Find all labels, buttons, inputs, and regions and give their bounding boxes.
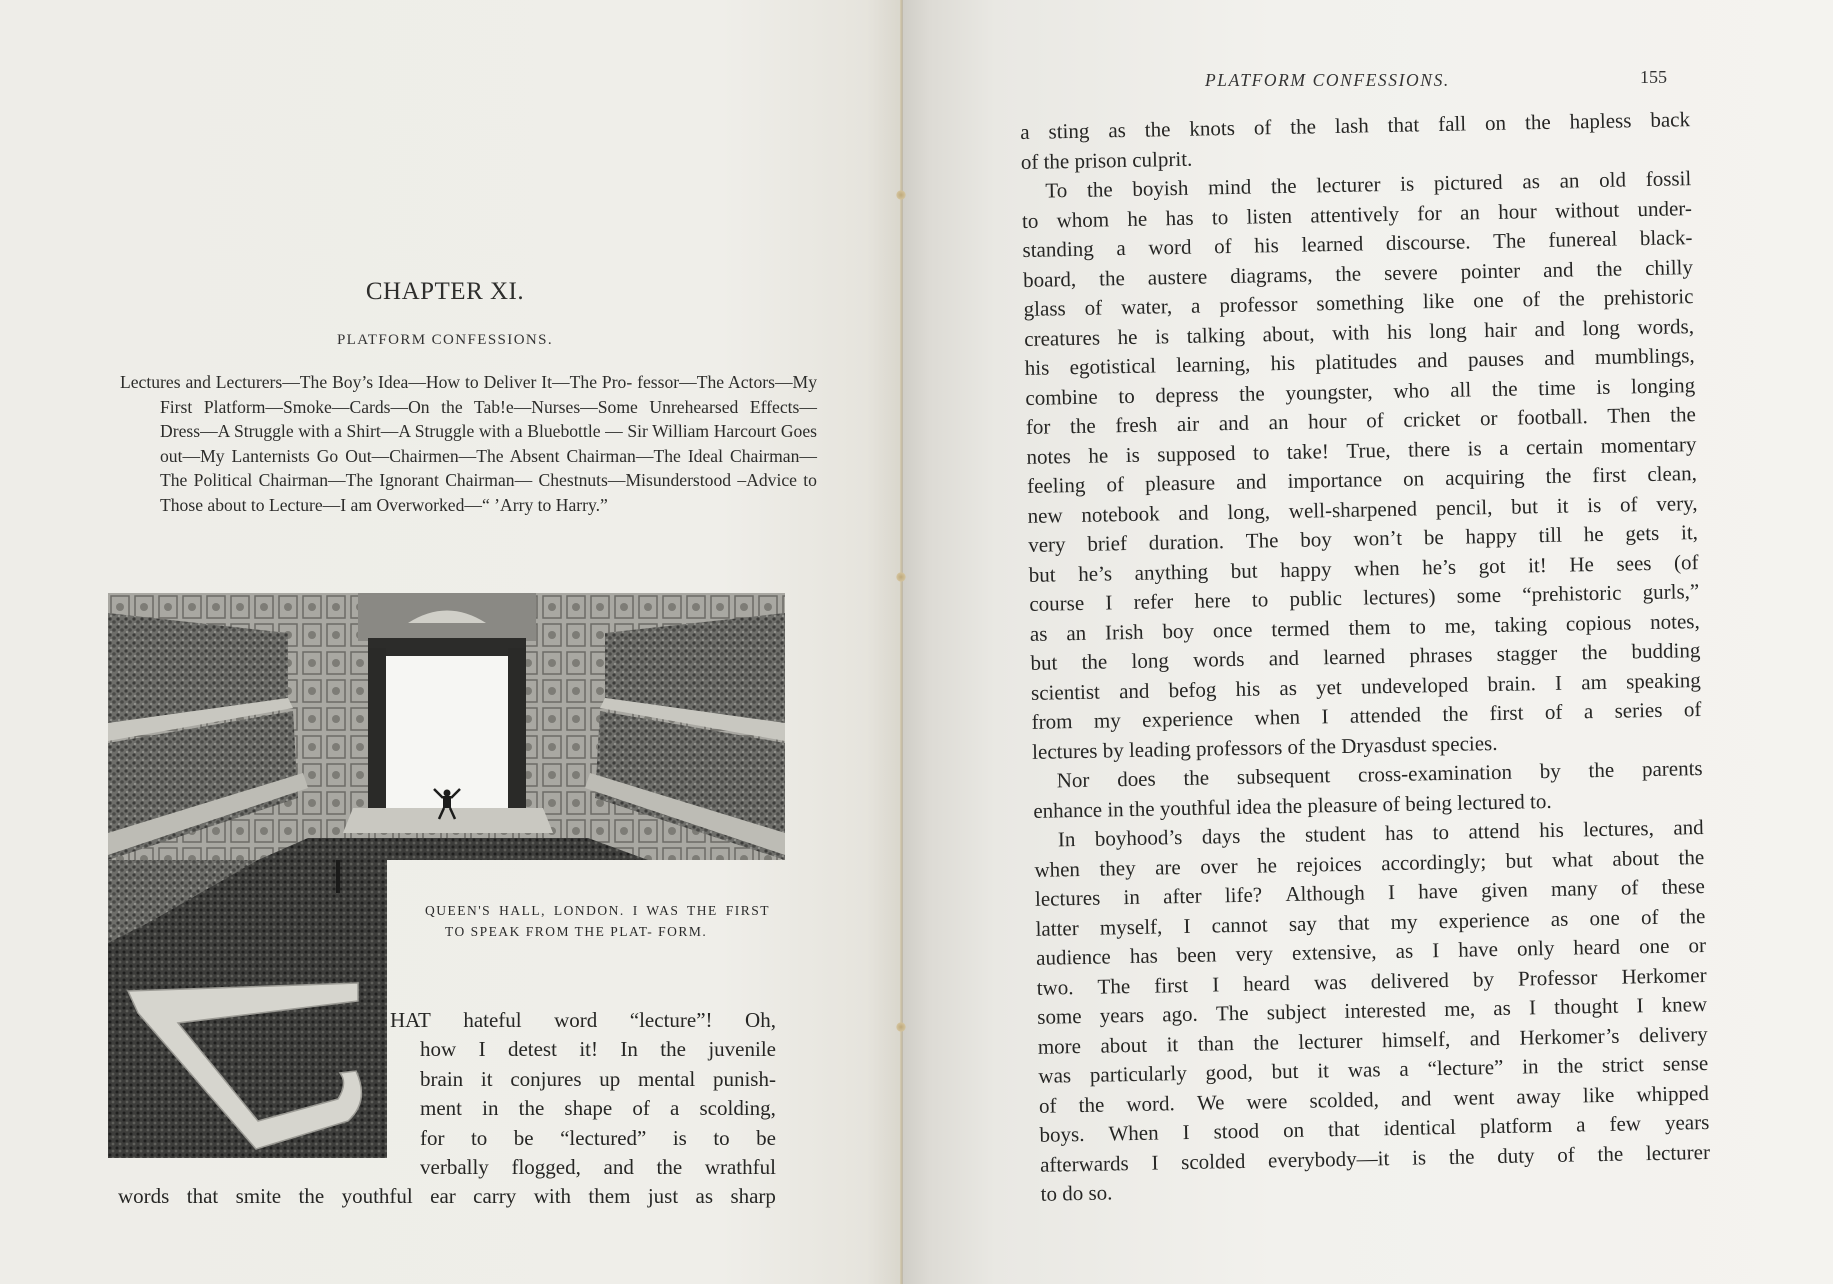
word: the [1239, 379, 1265, 409]
word: he [1088, 441, 1108, 471]
word: speaking [1626, 666, 1701, 697]
word: has [1130, 942, 1159, 972]
word: words [118, 1182, 169, 1211]
word: in [1522, 1052, 1539, 1082]
word: two. [1036, 973, 1073, 1003]
word: In [620, 1035, 638, 1064]
word: taking [1494, 609, 1547, 640]
word: attentively [1310, 199, 1399, 230]
word: of [1545, 698, 1563, 728]
word: lectures, [1583, 814, 1654, 845]
word: of [1366, 406, 1384, 436]
word: about, [1262, 319, 1314, 349]
word: is [1467, 434, 1482, 464]
word: heard [1243, 968, 1290, 998]
word: without [1555, 195, 1620, 226]
word: it! [1528, 550, 1547, 580]
word: but [1230, 556, 1257, 586]
word: heard [1573, 933, 1620, 963]
word: the [1557, 1051, 1583, 1081]
word: interested [1344, 995, 1426, 1026]
word: fossil [1645, 164, 1691, 194]
word: myself, [1100, 912, 1163, 943]
word: wrathful [705, 1153, 776, 1182]
word: I [1529, 993, 1537, 1023]
word: When [1108, 1119, 1159, 1149]
word: a [1584, 697, 1594, 727]
word: me, [1444, 611, 1475, 641]
word: notebook [1081, 499, 1160, 530]
word: the [1260, 821, 1286, 851]
word: it! [579, 1035, 598, 1064]
word: the [1545, 461, 1571, 491]
word: certain [1526, 432, 1584, 463]
word: of [1641, 902, 1659, 932]
word: lectures) [1363, 582, 1436, 613]
word: went [1453, 1083, 1494, 1113]
word: boy [1162, 616, 1194, 646]
word: budding [1631, 636, 1700, 667]
word: gurls,” [1642, 577, 1699, 608]
word: was [1348, 1055, 1381, 1085]
word: subject [1267, 997, 1327, 1028]
word: is [1125, 440, 1140, 470]
word: was [1314, 967, 1347, 997]
word: severe [1384, 258, 1438, 289]
word: refer [1133, 587, 1173, 617]
word: afterwards [1040, 1149, 1129, 1180]
word: the [1290, 112, 1316, 142]
word: as [1395, 937, 1413, 967]
word: befog [1168, 675, 1216, 705]
word: austere [1148, 262, 1208, 293]
word: To [1045, 176, 1067, 206]
word: be [756, 1124, 776, 1153]
word: what [1552, 845, 1593, 875]
word: whipped [1636, 1078, 1709, 1109]
word: and [1543, 255, 1574, 285]
word: is [673, 1124, 687, 1153]
chapter-title: CHAPTER XI. [290, 278, 600, 306]
word: away [1516, 1081, 1561, 1111]
word: the [1081, 647, 1107, 677]
word: to [1432, 818, 1449, 848]
word: under- [1637, 194, 1692, 225]
word: duration. [1148, 527, 1224, 558]
word: boyish [1132, 174, 1189, 205]
word: that [1328, 1115, 1360, 1145]
word: The [1245, 526, 1278, 556]
word: Oh, [745, 1006, 776, 1035]
word: lecturer [1646, 1137, 1711, 1168]
word: but [1028, 560, 1055, 590]
word: pointer [1460, 256, 1520, 287]
word: back [1650, 105, 1690, 135]
word: like [1423, 287, 1455, 317]
word: the [1442, 700, 1468, 730]
word: identical [1383, 1113, 1456, 1144]
word: football. [1517, 402, 1588, 433]
word: whom [1056, 205, 1109, 236]
word: he [1117, 322, 1137, 352]
word: prehistoric [1603, 282, 1693, 313]
word: of [1106, 470, 1124, 500]
word: everybody—it [1268, 1144, 1390, 1176]
word: yet [1316, 672, 1342, 702]
word: Herkomer’s [1519, 1021, 1619, 1052]
word: as [1279, 673, 1297, 703]
word: he’s [1422, 552, 1456, 582]
word: stood [1213, 1117, 1259, 1147]
word: he [1583, 520, 1603, 550]
word: won’t [1353, 524, 1402, 554]
word: one [1473, 286, 1504, 316]
word: as [696, 1182, 714, 1211]
word: series [1614, 696, 1662, 726]
word: say [1289, 909, 1318, 939]
word: water, [1121, 292, 1173, 322]
word: boy [1300, 525, 1332, 555]
body-line: brainitconjuresupmentalpunish- [118, 1065, 776, 1094]
word: sees [1616, 548, 1652, 578]
word: old [1599, 165, 1626, 195]
word: on [1283, 1116, 1305, 1146]
word: “prehistoric [1522, 579, 1622, 610]
word: over [1200, 851, 1238, 881]
word: is [1596, 372, 1611, 402]
word: board, [1023, 264, 1077, 295]
word: the [1145, 115, 1171, 145]
word: the [1525, 108, 1551, 138]
word: knew [1661, 990, 1707, 1020]
word: but [1505, 846, 1532, 876]
word: them [588, 1182, 630, 1211]
word: scolded, [1309, 1085, 1379, 1116]
word: mumblings, [1595, 341, 1695, 372]
word: and [1401, 1084, 1432, 1114]
word: smite [236, 1182, 282, 1211]
word: scolded [1181, 1146, 1246, 1177]
word: and [1469, 1023, 1500, 1053]
word: lecturer [1316, 170, 1381, 201]
word: to [1212, 203, 1229, 233]
word: his [1387, 317, 1412, 347]
word: to [1022, 206, 1039, 236]
word: the [1581, 638, 1607, 668]
word: I [479, 1035, 486, 1064]
word: boys. [1039, 1120, 1084, 1150]
word: funereal [1548, 225, 1617, 256]
illustration-caption: QUEEN'S HALL, LONDON. I WAS THE FIRST TO… [425, 900, 770, 942]
word: on [1403, 464, 1425, 494]
word: phrases [1409, 640, 1473, 671]
word: latter [1035, 914, 1079, 944]
word: good, [1205, 1058, 1253, 1088]
word: detest [508, 1035, 557, 1064]
word: a [1020, 118, 1030, 148]
book-spread: CHAPTER XI. PLATFORM CONFESSIONS. Lectur… [0, 0, 1833, 1284]
word: lectures [1035, 884, 1101, 915]
word: carry [473, 1182, 516, 1211]
word: till [1538, 521, 1562, 551]
word: and [1417, 346, 1448, 376]
word: well-sharpened [1289, 494, 1418, 526]
word: Then [1607, 401, 1651, 431]
word: sharp [730, 1182, 776, 1211]
word: of [1620, 490, 1638, 520]
word: gets [1625, 519, 1659, 549]
word: Although [1285, 879, 1365, 910]
word: my [1390, 907, 1417, 937]
word: that [187, 1182, 219, 1211]
word: the [1596, 254, 1622, 284]
word: got [1478, 551, 1505, 581]
word: and [1673, 813, 1704, 843]
word: extensive, [1292, 937, 1377, 968]
word: parents [1642, 754, 1703, 785]
word: brief [1087, 529, 1127, 559]
word: with [534, 1182, 571, 1211]
word: hour [1498, 197, 1537, 227]
word: “lectured” [560, 1124, 646, 1153]
word: the [1492, 374, 1518, 404]
word: brain [420, 1065, 463, 1094]
word: scientist [1031, 677, 1100, 708]
word: like [1583, 1080, 1615, 1110]
word: of [1214, 232, 1232, 262]
word: and [1544, 343, 1575, 373]
word: undeveloped [1361, 670, 1469, 702]
word: are [1155, 853, 1181, 883]
word: delivered [1370, 965, 1449, 996]
word: first [1154, 970, 1188, 1000]
word: platitudes [1315, 347, 1397, 378]
word: here [1194, 586, 1231, 616]
binding-stitch [896, 190, 906, 200]
word: once [1213, 615, 1253, 645]
word: course [1029, 589, 1084, 620]
word: very, [1656, 489, 1698, 519]
word: the [657, 1153, 683, 1182]
word: as [1493, 994, 1511, 1024]
word: it [481, 1065, 493, 1094]
word: True, [1346, 435, 1391, 465]
page-number: 155 [1640, 67, 1667, 88]
word: air [1177, 410, 1200, 440]
word: (of [1674, 548, 1699, 578]
word: subsequent [1237, 761, 1331, 792]
word: combine [1025, 382, 1098, 413]
word: these [1661, 872, 1705, 902]
word: first [1489, 698, 1523, 728]
word: very [1028, 530, 1066, 560]
word: long [1429, 316, 1467, 346]
word: is [1412, 1143, 1427, 1173]
word: The [1097, 972, 1130, 1002]
word: about [1612, 843, 1659, 873]
word: experience [1438, 905, 1529, 936]
word: in [482, 1094, 498, 1123]
body-line: HAThatefulword“lecture”!Oh, [118, 1006, 776, 1035]
chapter-subtitle: PLATFORM CONFESSIONS. [290, 332, 600, 349]
word: “lecture” [1427, 1053, 1503, 1084]
word: all [1450, 375, 1472, 405]
word: an [1066, 618, 1086, 648]
word: and [1178, 498, 1209, 528]
word: with [1332, 318, 1370, 348]
word: I [1182, 1118, 1190, 1148]
word: who [1393, 376, 1430, 406]
word: duty [1497, 1141, 1535, 1171]
summary-line: Lectures and Lecturers—The Boy’s Idea—Ho… [120, 372, 632, 392]
word: depress [1155, 380, 1219, 411]
word: to [1409, 612, 1426, 642]
caption-line: QUEEN'S HALL, LONDON. I WAS THE [425, 903, 718, 918]
word: youngster, [1285, 377, 1373, 408]
word: sting [1048, 117, 1089, 147]
word: and [1119, 676, 1150, 706]
word: be [514, 1124, 534, 1153]
word: The [1216, 999, 1249, 1029]
word: that [1338, 908, 1370, 938]
word: shape [564, 1094, 612, 1123]
word: been [1177, 940, 1217, 970]
word: up [599, 1065, 620, 1094]
word: he [1257, 851, 1277, 881]
word: the [1679, 901, 1705, 931]
word: experience [1142, 704, 1233, 735]
word: the [1087, 175, 1113, 205]
body-line: howIdetestit!Inthejuvenile [118, 1035, 776, 1064]
word: years [1665, 1108, 1710, 1138]
word: it, [1681, 518, 1698, 548]
word: be [1424, 523, 1444, 553]
word: clean, [1647, 459, 1697, 489]
word: audience [1036, 942, 1111, 973]
word: learned [1301, 229, 1363, 260]
word: Herkomer [1621, 960, 1707, 991]
word: the [1271, 172, 1297, 202]
word: first [1592, 460, 1626, 490]
word: is [1155, 322, 1170, 352]
summary-line: a Shirt—A Struggle with a Bluebottle — S… [334, 421, 817, 441]
running-head: PLATFORM CONFESSIONS. [1205, 70, 1450, 91]
word: termed [1271, 614, 1330, 645]
word: of [1039, 1091, 1057, 1121]
word: conjures [510, 1065, 581, 1094]
summary-line: out—My Lanternists Go Out—Chairmen—The A… [160, 446, 681, 466]
word: his [1235, 674, 1260, 704]
word: of [1621, 873, 1639, 903]
word: thought [1554, 992, 1619, 1023]
word: I [1432, 936, 1440, 966]
word: importance [1287, 465, 1382, 496]
word: the [1078, 1090, 1104, 1120]
word: me, [1444, 994, 1475, 1024]
word: a [1116, 234, 1126, 264]
word: is [1587, 490, 1602, 520]
word: does [1117, 765, 1156, 795]
word: words, [1637, 312, 1694, 343]
word: the [1335, 259, 1361, 289]
word: himself, [1382, 1024, 1451, 1055]
word: how [420, 1035, 456, 1064]
word: glass [1023, 294, 1066, 324]
word: to [1252, 585, 1269, 615]
word: his [1270, 349, 1295, 379]
word: acquiring [1445, 462, 1525, 493]
word: one [1589, 903, 1620, 933]
word: for [420, 1124, 445, 1153]
word: In [1058, 825, 1076, 855]
word: accordingly; [1381, 847, 1487, 879]
word: notes, [1650, 607, 1700, 637]
word: it [1556, 491, 1568, 521]
word: my [1094, 706, 1121, 736]
word: longing [1631, 371, 1696, 402]
word: cross-examination [1358, 758, 1512, 790]
caption-line: FORM. [658, 924, 707, 939]
word: knots [1189, 114, 1235, 144]
word: to [1118, 381, 1135, 411]
word: that [1387, 110, 1419, 140]
word: more [1038, 1032, 1082, 1062]
word: happy [1280, 555, 1332, 585]
word: when [1354, 553, 1400, 583]
word: on [1485, 109, 1507, 139]
binding-stitch [896, 1022, 906, 1032]
word: mind [1208, 173, 1252, 203]
word: to [471, 1124, 487, 1153]
word: pencil, [1436, 493, 1493, 524]
word: am [1581, 667, 1607, 697]
word: lecturer [1298, 1026, 1363, 1057]
word: have [1418, 877, 1458, 907]
word: ment [420, 1094, 462, 1123]
body-line: fortobe“lectured”istobe [118, 1124, 776, 1153]
word: as [1522, 167, 1540, 197]
word: fresh [1115, 410, 1158, 440]
word: pictured [1434, 168, 1503, 199]
word: the [1559, 284, 1585, 314]
word: word [1148, 233, 1192, 263]
word: a [1399, 1055, 1409, 1085]
word: for [1026, 412, 1051, 442]
binding-stitch [896, 572, 906, 582]
word: his [1539, 816, 1564, 846]
word: I [1555, 668, 1563, 698]
word: they [1099, 853, 1136, 883]
word: I [1636, 991, 1644, 1021]
word: hateful [463, 1006, 521, 1035]
word: is [1400, 169, 1415, 199]
word: something [1316, 288, 1404, 319]
word: the [1099, 264, 1125, 294]
word: hour [1308, 407, 1347, 437]
word: juvenile [708, 1035, 776, 1064]
word: student [1305, 819, 1366, 850]
word: an [1268, 408, 1288, 438]
word: standing [1022, 235, 1094, 266]
word: long, [1227, 497, 1270, 527]
summary-line: Overworked—“ ’Arry to Harry.” [376, 495, 607, 515]
word: talking [1186, 320, 1245, 351]
word: the [1670, 400, 1696, 430]
body-line: wordsthatsmitetheyouthfulearcarrywiththe… [118, 1182, 776, 1211]
word: sense [1662, 1049, 1708, 1079]
word: the [1253, 1028, 1279, 1058]
word: word. [1126, 1089, 1175, 1119]
